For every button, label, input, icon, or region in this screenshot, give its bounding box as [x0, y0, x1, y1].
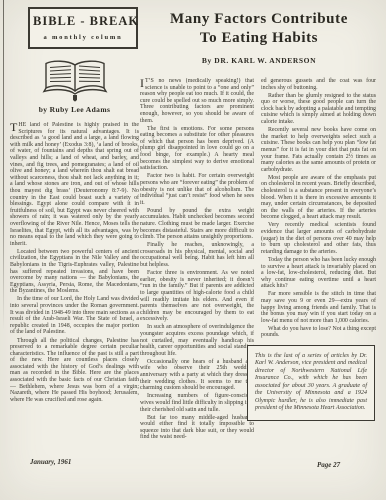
article-paragraph: But far too many middle-aged husbands wo… — [140, 415, 254, 441]
article-columns: IT’S no news (medically speaking!) that … — [140, 78, 378, 444]
bible-break-paragraph: In the time of our Lord, the Holy Land w… — [10, 296, 139, 336]
article-paragraph: Factor three is environment. As we noted… — [140, 270, 254, 323]
article-paragraph: The first is emotions. For some persons … — [140, 126, 254, 172]
article-column-2: ed generous gussets and the coat was fou… — [261, 78, 376, 444]
bible-break-body: THE land of Palestine is highly praised … — [10, 122, 139, 405]
article-paragraph: In such an atmosphere of overindulgence … — [140, 324, 254, 357]
article-paragraph: Far more sensible is the stitch in time … — [261, 291, 376, 324]
article-paragraph: Finally he reaches, unknowingly, a cross… — [140, 242, 254, 268]
bible-break-byline: by Ruby Lee Adams — [10, 105, 139, 114]
article-column-1: IT’S no news (medically speaking!) that … — [140, 78, 254, 444]
bible-break-title: BIBLE - BREAK — [33, 14, 133, 29]
author-bio-text: This is the last of a series of articles… — [255, 353, 367, 412]
issue-date: January, 1961 — [30, 458, 71, 466]
article-paragraph: IT’S no news (medically speaking!) that … — [140, 78, 254, 124]
bible-break-paragraph: THE land of Palestine is highly praised … — [10, 122, 139, 247]
bible-break-paragraph: Through all the political changes, Pales… — [10, 338, 139, 404]
article-paragraph: Rather than be glumly resigned to the st… — [261, 93, 376, 126]
article-paragraph: What do you have to lose? Not a thing ex… — [261, 326, 376, 339]
article-paragraph: Pound by pound the extra weight accumula… — [140, 208, 254, 241]
eating-habits-article: Many Factors Contribute To Eating Habits… — [140, 10, 378, 444]
bible-break-header-box: BIBLE - BREAK a monthly column — [28, 7, 138, 49]
article-title-line1: Many Factors Contribute — [140, 10, 378, 29]
magazine-page: BIBLE - BREAK a monthly column — [0, 0, 386, 500]
open-book-icon — [42, 58, 108, 102]
book-ribbon — [73, 95, 77, 102]
article-title-line2: To Eating Habits — [140, 29, 378, 48]
bible-break-subtitle: a monthly column — [33, 34, 133, 41]
article-title: Many Factors Contribute To Eating Habits — [140, 10, 378, 47]
article-paragraph: Recently several new books have come on … — [261, 127, 376, 173]
page-fold-line — [3, 0, 4, 330]
article-paragraph: Factor two is habit. For certain overwei… — [140, 173, 254, 206]
article-paragraph: Most people are aware of the emphasis pu… — [261, 175, 376, 221]
article-paragraph: ed generous gussets and the coat was fou… — [261, 78, 376, 91]
bible-break-paragraph: Located between two powerful centers of … — [10, 249, 139, 295]
article-byline: By DR. KARL W. ANDERSON — [140, 56, 378, 65]
article-paragraph: Today the person who has been lucky enou… — [261, 257, 376, 290]
article-paragraph: Occasionally one hears of a husband and … — [140, 359, 254, 392]
article-paragraph: Increasing numbers of figure-conscious w… — [140, 393, 254, 413]
article-paragraph: Very recently medical scientists found e… — [261, 222, 376, 255]
bible-break-column: BIBLE - BREAK a monthly column — [10, 7, 139, 405]
author-bio-box: This is the last of a series of articles… — [247, 345, 375, 421]
page-number: Page 27 — [317, 461, 340, 469]
